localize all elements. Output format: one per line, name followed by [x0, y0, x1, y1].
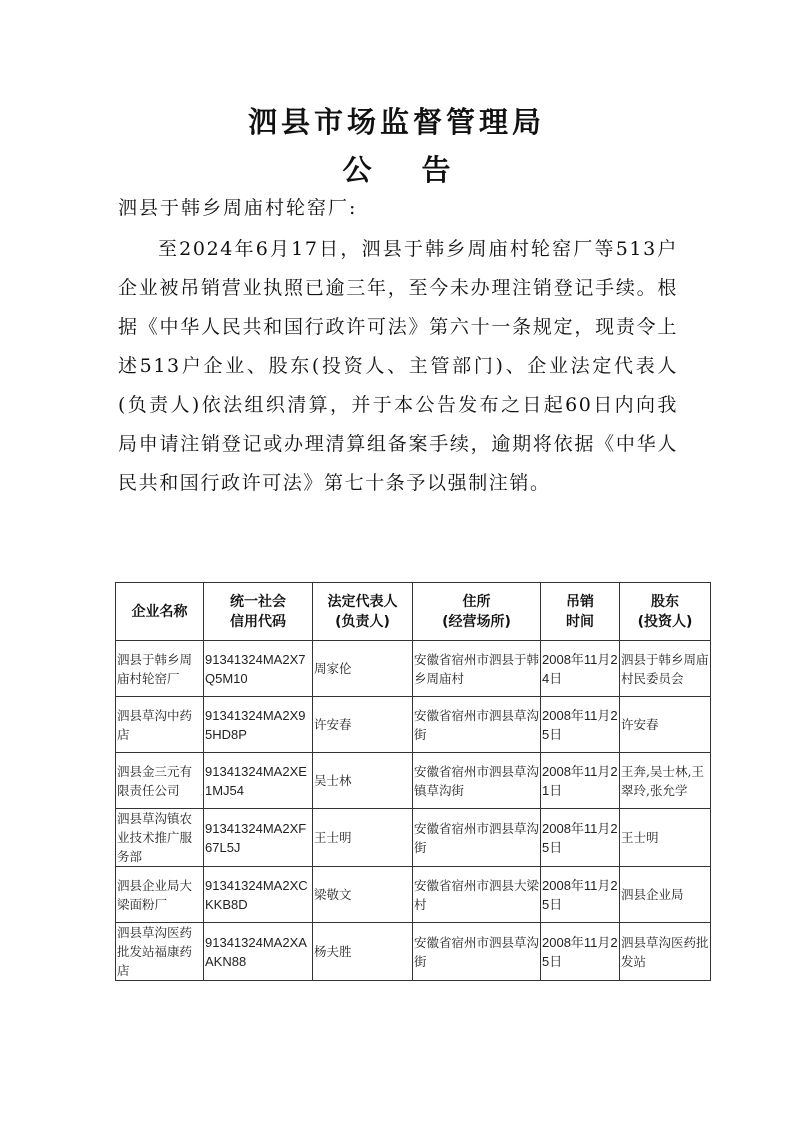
header-shareholder: 股东(投资人)	[620, 583, 711, 641]
revocation-date: 2008年11月21日	[541, 753, 620, 809]
revoked-enterprise-table: 企业名称 统一社会信用代码 法定代表人(负责人) 住所(经营场所) 吊销时间 股…	[115, 582, 711, 981]
address: 安徽省宿州市泗县草沟街	[413, 697, 541, 753]
legal-representative: 许安春	[313, 697, 413, 753]
enterprise-name: 泗县金三元有限责任公司	[116, 753, 204, 809]
table-row: 泗县金三元有限责任公司 91341324MA2XE1MJ54 吴士林 安徽省宿州…	[116, 753, 711, 809]
legal-representative: 周家伦	[313, 641, 413, 697]
enterprise-name: 泗县草沟镇农业技术推广服务部	[116, 809, 204, 867]
credit-code: 91341324MA2XF67L5J	[204, 809, 313, 867]
credit-code: 91341324MA2X7Q5M10	[204, 641, 313, 697]
header-enterprise-name: 企业名称	[116, 583, 204, 641]
legal-representative: 吴士林	[313, 753, 413, 809]
revocation-date: 2008年11月25日	[541, 809, 620, 867]
legal-representative: 杨夫胜	[313, 923, 413, 981]
revocation-date: 2008年11月25日	[541, 867, 620, 923]
enterprise-name: 泗县草沟医药批发站福康药店	[116, 923, 204, 981]
revocation-date: 2008年11月24日	[541, 641, 620, 697]
legal-representative: 梁敬文	[313, 867, 413, 923]
revocation-date: 2008年11月25日	[541, 923, 620, 981]
address: 安徽省宿州市泗县草沟镇草沟街	[413, 753, 541, 809]
credit-code: 91341324MA2XAAKN88	[204, 923, 313, 981]
address: 安徽省宿州市泗县大梁村	[413, 867, 541, 923]
table-row: 泗县企业局大梁面粉厂 91341324MA2XCKKB8D 梁敬文 安徽省宿州市…	[116, 867, 711, 923]
shareholder: 泗县企业局	[620, 867, 711, 923]
table-row: 泗县草沟镇农业技术推广服务部 91341324MA2XF67L5J 王士明 安徽…	[116, 809, 711, 867]
enterprise-name: 泗县于韩乡周庙村轮窑厂	[116, 641, 204, 697]
header-address: 住所(经营场所)	[413, 583, 541, 641]
header-revocation-date: 吊销时间	[541, 583, 620, 641]
address: 安徽省宿州市泗县草沟街	[413, 923, 541, 981]
shareholder: 泗县草沟医药批发站	[620, 923, 711, 981]
enterprise-name: 泗县企业局大梁面粉厂	[116, 867, 204, 923]
shareholder: 许安春	[620, 697, 711, 753]
addressee: 泗县于韩乡周庙村轮窑厂:	[118, 193, 357, 220]
credit-code: 91341324MA2XCKKB8D	[204, 867, 313, 923]
credit-code: 91341324MA2X95HD8P	[204, 697, 313, 753]
table-row: 泗县草沟医药批发站福康药店 91341324MA2XAAKN88 杨夫胜 安徽省…	[116, 923, 711, 981]
credit-code: 91341324MA2XE1MJ54	[204, 753, 313, 809]
shareholder: 王士明	[620, 809, 711, 867]
document-type-heading: 公告	[0, 148, 793, 189]
enterprise-name: 泗县草沟中药店	[116, 697, 204, 753]
shareholder: 泗县于韩乡周庙村民委员会	[620, 641, 711, 697]
address: 安徽省宿州市泗县于韩乡周庙村	[413, 641, 541, 697]
revocation-date: 2008年11月25日	[541, 697, 620, 753]
table-header-row: 企业名称 统一社会信用代码 法定代表人(负责人) 住所(经营场所) 吊销时间 股…	[116, 583, 711, 641]
table-row: 泗县于韩乡周庙村轮窑厂 91341324MA2X7Q5M10 周家伦 安徽省宿州…	[116, 641, 711, 697]
header-legal-representative: 法定代表人(负责人)	[313, 583, 413, 641]
notice-body: 至2024年6月17日，泗县于韩乡周庙村轮窑厂等513户企业被吊销营业执照已逾三…	[118, 230, 678, 503]
agency-title: 泗县市场监督管理局	[0, 100, 793, 141]
table-row: 泗县草沟中药店 91341324MA2X95HD8P 许安春 安徽省宿州市泗县草…	[116, 697, 711, 753]
header-credit-code: 统一社会信用代码	[204, 583, 313, 641]
shareholder: 王奔,吴士林,王翠玲,张允学	[620, 753, 711, 809]
address: 安徽省宿州市泗县草沟街	[413, 809, 541, 867]
legal-representative: 王士明	[313, 809, 413, 867]
